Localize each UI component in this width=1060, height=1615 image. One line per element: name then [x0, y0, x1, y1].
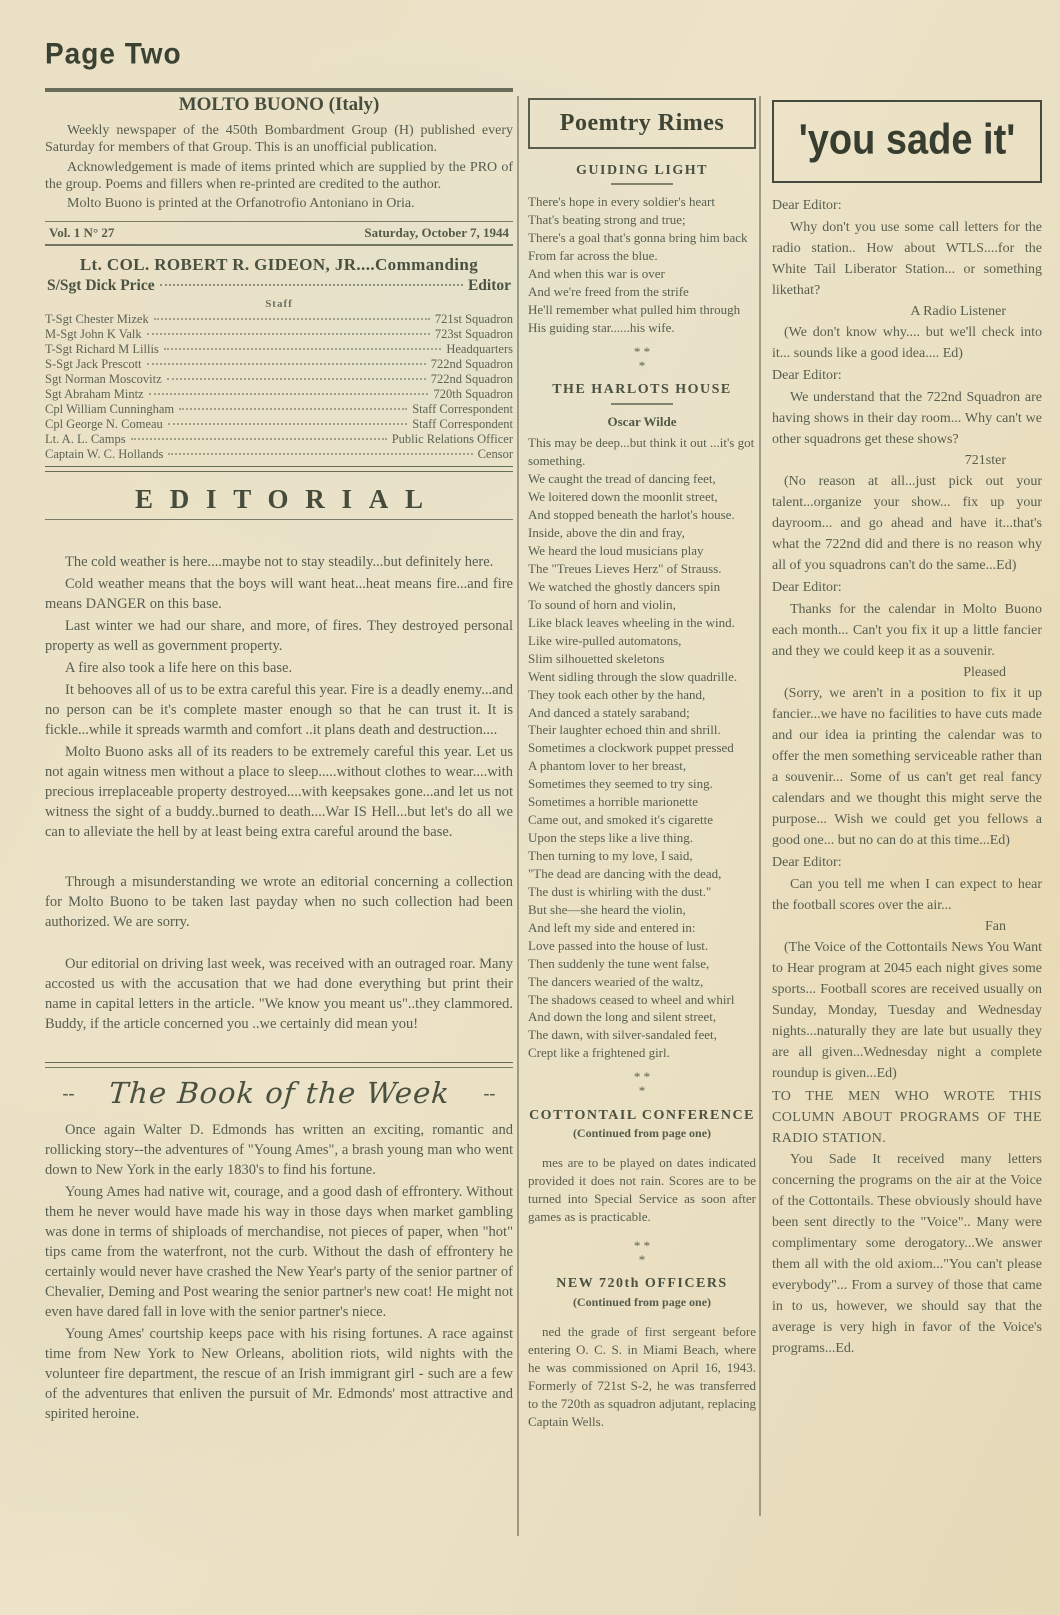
column-divider-right: [759, 96, 761, 1516]
page-number-label: Page Two: [45, 37, 182, 71]
letter: Dear Editor: We understand that the 722n…: [772, 365, 1042, 576]
poem-line: Crept like a frightened girl.: [528, 1044, 756, 1062]
radio-column-closing: You Sade It received many letters concer…: [772, 1149, 1042, 1359]
poem-line: His guiding star......his wife.: [528, 319, 756, 337]
book-of-week-title: The Book of the Week: [107, 1076, 450, 1110]
dotted-leader: [164, 348, 442, 350]
staff-role: 721st Squadron: [435, 312, 513, 327]
book-of-week-header: -- The Book of the Week --: [45, 1076, 513, 1110]
staff-role: 720th Squadron: [433, 387, 513, 402]
letter-salutation: Dear Editor:: [772, 577, 1042, 598]
staff-role: 722nd Squadron: [431, 372, 513, 387]
masthead-paragraphs: Weekly newspaper of the 450th Bombardmen…: [45, 122, 513, 213]
volume-date-row: Vol. 1 N° 27 Saturday, October 7, 1944: [45, 221, 513, 246]
staff-role: Public Relations Officer: [392, 432, 513, 447]
editorial-apology-paragraph: Through a misunderstanding we wrote an e…: [45, 872, 513, 932]
letter-salutation: Dear Editor:: [772, 195, 1042, 216]
section-rule: [45, 466, 513, 472]
poem-line: The "Treues Lieves Herz" of Strauss.: [528, 560, 756, 578]
editor-reply: (The Voice of the Cottontails News You W…: [772, 937, 1042, 1084]
poem-line: The dust is whirling with the dust.": [528, 883, 756, 901]
editor-reply: (We don't know why.... but we'll check i…: [772, 322, 1042, 364]
letter: Dear Editor: Why don't you use some call…: [772, 195, 1042, 364]
staff-heading: Staff: [45, 298, 513, 310]
poem-line: We caught the tread of dancing feet,: [528, 470, 756, 488]
new-officers-body: ned the grade of first sergeant before e…: [528, 1323, 756, 1431]
poem-line: Sometimes a horrible marionette: [528, 793, 756, 811]
staff-role: Censor: [478, 447, 513, 462]
dotted-leader: [168, 453, 472, 455]
harlots-house-poem: We caught the tread of dancing feet,We l…: [528, 470, 756, 1062]
harlots-house-author: Oscar Wilde: [528, 413, 756, 431]
dotted-leader: [160, 284, 463, 286]
guiding-light-poem: There's hope in every soldier's heartTha…: [528, 193, 756, 337]
dotted-leader: [168, 423, 407, 425]
staff-row: Sgt Abraham Mintz 720th Squadron: [45, 387, 513, 402]
letters-column-title: 'you sade it': [799, 109, 1016, 173]
editor-name: S/Sgt Dick Price: [47, 277, 155, 295]
top-rule: [45, 88, 513, 92]
editorial-heading: EDITORIAL: [45, 484, 513, 515]
editor-line: S/Sgt Dick Price Editor: [47, 277, 511, 295]
issue-date: Saturday, October 7, 1944: [364, 225, 509, 241]
editorial-paragraph: The cold weather is here....maybe not to…: [45, 552, 513, 572]
letters-column-masthead-box: 'you sade it': [772, 100, 1042, 183]
cottontail-conference-title: COTTONTAIL CONFERENCE: [528, 1106, 756, 1125]
poem-line: And danced a stately saraband;: [528, 704, 756, 722]
staff-row: T-Sgt Chester Mizek 721st Squadron: [45, 312, 513, 327]
masthead-title: MOLTO BUONO (Italy): [45, 94, 513, 116]
poem-line: Upon the steps like a live thing.: [528, 829, 756, 847]
heading-rule: [611, 183, 673, 185]
staff-row: Captain W. C. Hollands Censor: [45, 447, 513, 462]
poem-line: And stopped beneath the harlot's house.: [528, 506, 756, 524]
section-rule: [45, 1062, 513, 1068]
radio-column-caps-note: TO THE MEN WHO WROTE THIS COLUMN ABOUT P…: [772, 1086, 1042, 1149]
asterisk-divider: * * *: [528, 345, 756, 372]
letter-body: Can you tell me when I can expect to hea…: [772, 874, 1042, 916]
heading-rule: [611, 403, 673, 405]
poem-line: That's beating strong and true;: [528, 211, 756, 229]
newspaper-page: Page Two MOLTO BUONO (Italy) Weekly news…: [0, 0, 1060, 1615]
asterisk-divider: * * *: [528, 1239, 756, 1266]
masthead-paragraph: Molto Buono is printed at the Orfanotrof…: [45, 195, 513, 212]
book-review-paragraph: Young Ames had native wit, courage, and …: [45, 1182, 513, 1322]
dotted-leader: [131, 438, 387, 440]
staff-row: M-Sgt John K Valk 723st Squadron: [45, 327, 513, 342]
staff-name: Cpl William Cunningham: [45, 402, 174, 417]
poem-line: There's hope in every soldier's heart: [528, 193, 756, 211]
letter-body: Why don't you use some call letters for …: [772, 217, 1042, 301]
poem-line: They took each other by the hand,: [528, 686, 756, 704]
poem-line: And down the long and silent street,: [528, 1008, 756, 1026]
poem-line: A phantom lover to her breast,: [528, 757, 756, 775]
dotted-leader: [179, 408, 407, 410]
letters-column: 'you sade it' Dear Editor: Why don't you…: [772, 100, 1042, 1359]
poem-line: Like black leaves wheeling in the wind.: [528, 614, 756, 632]
staff-name: Lt. A. L. Camps: [45, 432, 126, 447]
poem-line: Went sidling through the slow quadrille.: [528, 668, 756, 686]
poem-line: Slim silhouetted skeletons: [528, 650, 756, 668]
poem-line: He'll remember what pulled him through: [528, 301, 756, 319]
new-officers-title: NEW 720th OFFICERS: [528, 1274, 756, 1293]
staff-role: Staff Correspondent: [412, 417, 513, 432]
poem-line: The dancers wearied of the waltz,: [528, 973, 756, 991]
poem-line: There's a goal that's gonna bring him ba…: [528, 229, 756, 247]
letter-signer: 721ster: [772, 450, 1042, 471]
staff-role: 722nd Squadron: [431, 357, 513, 372]
letter-body: We understand that the 722nd Squadron ar…: [772, 387, 1042, 450]
editorial-paragraph: Cold weather means that the boys will wa…: [45, 574, 513, 614]
letter-signer: Pleased: [772, 662, 1042, 683]
poem-line: Then suddenly the tune went false,: [528, 955, 756, 973]
letter-salutation: Dear Editor:: [772, 852, 1042, 873]
poem-line: The shadows ceased to wheel and whirl: [528, 991, 756, 1009]
masthead-paragraph: Weekly newspaper of the 450th Bombardmen…: [45, 122, 513, 157]
poetry-column-masthead: Poemtry Rimes: [528, 98, 756, 149]
editorial-body: The cold weather is here....maybe not to…: [45, 552, 513, 842]
staff-name: Captain W. C. Hollands: [45, 447, 163, 462]
poem-line: We heard the loud musicians play: [528, 542, 756, 560]
volume-number: Vol. 1 N° 27: [49, 225, 114, 241]
poem-line: Came out, and smoked it's cigarette: [528, 811, 756, 829]
letter: Dear Editor: Can you tell me when I can …: [772, 852, 1042, 1084]
left-column: MOLTO BUONO (Italy) Weekly newspaper of …: [45, 94, 513, 1426]
staff-role: Headquarters: [446, 342, 513, 357]
staff-name: Cpl George N. Comeau: [45, 417, 163, 432]
poem-line: Sometimes they seemed to try sing.: [528, 775, 756, 793]
staff-row: Lt. A. L. Camps Public Relations Officer: [45, 432, 513, 447]
poem-line: "The dead are dancing with the dead,: [528, 865, 756, 883]
dash-ornament: --: [63, 1083, 75, 1104]
staff-name: Sgt Norman Moscovitz: [45, 372, 162, 387]
letter: Dear Editor: Thanks for the calendar in …: [772, 577, 1042, 851]
book-review-body: Once again Walter D. Edmonds has written…: [45, 1120, 513, 1424]
poem-line: We loitered down the moonlit street,: [528, 488, 756, 506]
editorial-paragraph: It behooves all of us to be extra carefu…: [45, 680, 513, 740]
staff-row: T-Sgt Richard M Lillis Headquarters: [45, 342, 513, 357]
staff-row: Sgt Norman Moscovitz 722nd Squadron: [45, 372, 513, 387]
staff-name: T-Sgt Richard M Lillis: [45, 342, 159, 357]
poem-line: We watched the ghostly dancers spin: [528, 578, 756, 596]
poem-line: Then turning to my love, I said,: [528, 847, 756, 865]
harlots-house-title: THE HARLOTS HOUSE: [528, 380, 756, 399]
staff-row: S-Sgt Jack Prescott 722nd Squadron: [45, 357, 513, 372]
staff-name: S-Sgt Jack Prescott: [45, 357, 142, 372]
editorial-paragraph: A fire also took a life here on this bas…: [45, 658, 513, 678]
poem-line: To sound of horn and violin,: [528, 596, 756, 614]
dotted-leader: [147, 333, 430, 335]
dotted-leader: [154, 318, 430, 320]
staff-name: M-Sgt John K Valk: [45, 327, 142, 342]
poem-line: Like wire-pulled automatons,: [528, 632, 756, 650]
editor-role: Editor: [468, 277, 511, 295]
poem-line: Their laughter echoed thin and shrill.: [528, 721, 756, 739]
staff-row: Cpl William Cunningham Staff Corresponde…: [45, 402, 513, 417]
staff-list: T-Sgt Chester Mizek 721st Squadron M-Sgt…: [45, 312, 513, 462]
poem-line: But she—she heard the violin,: [528, 901, 756, 919]
poem-line: And when this war is over: [528, 265, 756, 283]
editorial-driving-paragraph: Our editorial on driving last week, was …: [45, 954, 513, 1034]
letter-signer: A Radio Listener: [772, 301, 1042, 322]
editorial-paragraph: Molto Buono asks all of its readers to b…: [45, 742, 513, 842]
poem-line: Love passed into the house of lust.: [528, 937, 756, 955]
book-review-paragraph: Once again Walter D. Edmonds has written…: [45, 1120, 513, 1180]
poem-line: And we're freed from the strife: [528, 283, 756, 301]
dotted-leader: [147, 363, 426, 365]
dotted-leader: [149, 393, 429, 395]
book-review-paragraph: Young Ames' courtship keeps pace with hi…: [45, 1324, 513, 1424]
cottontail-conference-body: mes are to be played on dates indicated …: [528, 1154, 756, 1226]
heading-rule: [45, 519, 513, 521]
staff-row: Cpl George N. Comeau Staff Correspondent: [45, 417, 513, 432]
asterisk-divider: * * *: [528, 1070, 756, 1097]
letters-list: Dear Editor: Why don't you use some call…: [772, 195, 1042, 1084]
commanding-officer-line: Lt. COL. ROBERT R. GIDEON, JR....Command…: [47, 255, 511, 275]
column-divider-left: [517, 96, 519, 1536]
editor-reply: (No reason at all...just pick out your t…: [772, 471, 1042, 576]
poem-line: The dawn, with silver-sandaled feet,: [528, 1026, 756, 1044]
staff-role: Staff Correspondent: [412, 402, 513, 417]
poetry-column: Poemtry Rimes GUIDING LIGHT There's hope…: [528, 98, 756, 1444]
dash-ornament: --: [483, 1083, 495, 1104]
poem-line: Sometimes a clockwork puppet pressed: [528, 739, 756, 757]
continued-note: (Continued from page one): [528, 1125, 756, 1142]
letter-signer: Fan: [772, 916, 1042, 937]
staff-name: T-Sgt Chester Mizek: [45, 312, 149, 327]
dotted-leader: [167, 378, 426, 380]
letter-salutation: Dear Editor:: [772, 365, 1042, 386]
poem-line: And left my side and entered in:: [528, 919, 756, 937]
continued-note: (Continued from page one): [528, 1294, 756, 1311]
harlots-house-intro: This may be deep...but think it out ...i…: [528, 434, 756, 470]
staff-role: 723st Squadron: [435, 327, 513, 342]
editor-reply: (Sorry, we aren't in a position to fix i…: [772, 683, 1042, 851]
poem-line: Inside, above the din and fray,: [528, 524, 756, 542]
staff-name: Sgt Abraham Mintz: [45, 387, 144, 402]
letter-body: Thanks for the calendar in Molto Buono e…: [772, 599, 1042, 662]
masthead-paragraph: Acknowledgement is made of items printed…: [45, 159, 513, 194]
poem-line: From far across the blue.: [528, 247, 756, 265]
guiding-light-title: GUIDING LIGHT: [528, 161, 756, 180]
editorial-paragraph: Last winter we had our share, and more, …: [45, 616, 513, 656]
